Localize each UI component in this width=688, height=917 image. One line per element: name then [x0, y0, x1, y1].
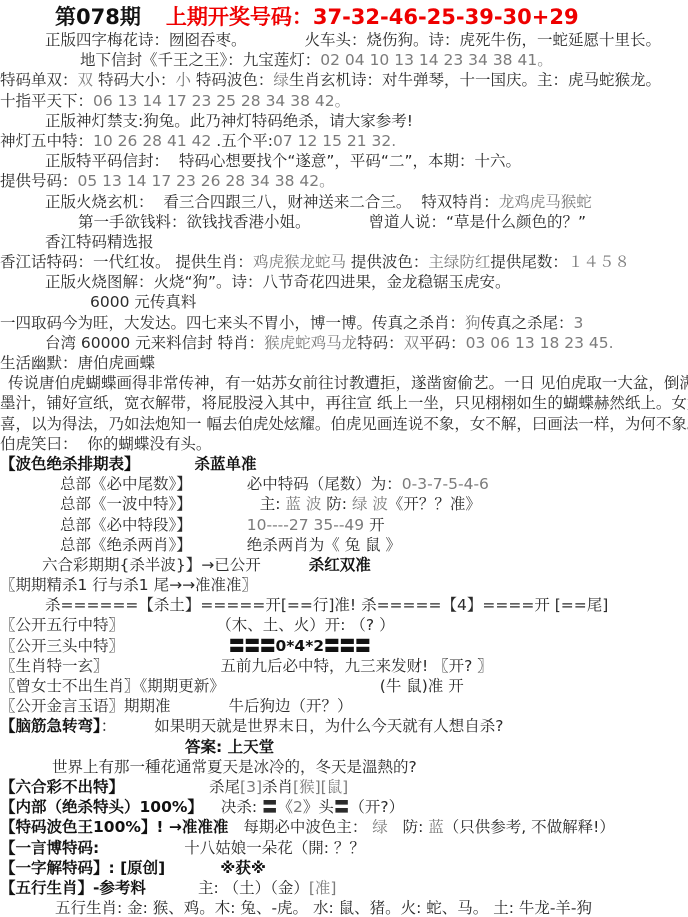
text-segment: (牛 鼠)准 开	[380, 677, 464, 695]
text-line: 【六合彩不出特】杀尾[3]杀肖[猴][鼠]	[0, 777, 688, 797]
text-segment: 〖公开五行中特〗	[0, 616, 124, 634]
text-segment: 《开？？准》	[388, 495, 481, 513]
text-segment: 正版四字梅花诗：囫囵吞枣。	[45, 31, 247, 49]
text-segment: 提供号码：	[0, 172, 78, 190]
text-segment: 第一手欲钱料：欲钱找香港小姐。	[78, 213, 311, 231]
text-segment: 0-3-7-5-4-6	[402, 475, 489, 493]
text-segment: 喜，以为得法，乃如法炮知一 幅去伯虎处炫耀。伯虎见画连说不象，女不解，曰画法一样…	[0, 415, 688, 433]
text-line: 6000 元传真料	[0, 292, 688, 312]
text-segment: 龙鸡虎马猴蛇	[499, 193, 592, 211]
text-segment: 特码大小：	[98, 71, 176, 89]
text-segment: 03 06 13 18 23 45.	[466, 334, 614, 352]
text-segment: 【一字解特码】: [原创]	[0, 859, 165, 877]
text-segment: 〖期期精杀1 行与杀1 尾→→准准准〗	[0, 576, 257, 594]
text-segment: 总部《必中特段》】	[60, 516, 192, 534]
text-line: 正版火烧玄机： 看三合四跟三八，财神送来二合三。 特双特肖：龙鸡虎马猴蛇	[0, 192, 688, 212]
text-segment: 〖公开金言玉语〗期期准	[0, 697, 171, 715]
text-segment: 总部《一波中特》】	[60, 495, 192, 513]
text-segment: 鸡虎猴龙蛇马	[253, 253, 346, 271]
text-segment: 【内部（绝杀特头）100%】	[0, 798, 203, 816]
text-segment: 神灯五中特：	[0, 132, 93, 150]
text-segment: 开	[369, 516, 385, 534]
text-line: 【特码波色王100%】! →准准准每期必中波色主： 绿 防: 蓝（只供参考, 不…	[0, 817, 688, 837]
text-segment: 双	[78, 71, 98, 89]
text-line: 十指平天下：06 13 14 17 23 25 28 34 38 42。	[0, 91, 688, 111]
text-segment: ※获※	[220, 859, 266, 877]
text-segment: （只供参考, 不做解释!）	[444, 818, 615, 836]
text-segment: 绿	[273, 71, 289, 89]
text-segment: 绿 波	[352, 495, 388, 513]
text-segment: 主: （土）（金）	[198, 879, 309, 897]
issue-number: 第078期	[55, 5, 141, 29]
text-segment: 【脑筋急转弯】	[0, 717, 101, 735]
text-line: 总部《必中尾数》】必中特码（尾数）为：0-3-7-5-4-6	[0, 474, 688, 494]
text-segment: 主:	[260, 495, 286, 513]
text-line: 【内部（绝杀特头）100%】决杀: 〓《2》头〓（开?）	[0, 797, 688, 817]
text-segment: 平码：	[419, 334, 466, 352]
text-segment: [猴][鼠]	[293, 778, 348, 796]
text-segment: 必中特码（尾数）为：	[247, 475, 402, 493]
text-segment: [3]	[240, 778, 262, 796]
text-segment: 十八姑娘一朵花（開: ？？	[184, 839, 365, 857]
text-segment: 10 26 28 41 42	[93, 132, 216, 150]
text-line: 第一手欲钱料：欲钱找香港小姐。曾道人说：“草是什么颜色的？”	[0, 212, 688, 232]
text-line: 【一言博特码:十八姑娘一朵花（開: ？？	[0, 838, 688, 858]
text-line: 〖公开金言玉语〗期期准牛后狗边（开？）	[0, 696, 688, 716]
text-line: 五行生肖: 金: 猴、鸡。木: 兔、-虎。 水: 鼠、猪。火: 蛇、马。 土: …	[0, 898, 688, 917]
text-segment: 06 13 14 17 23 25 28 34 38 42。	[93, 92, 350, 110]
text-segment: 地下信封《千王之王》：九宝莲灯：	[80, 51, 320, 69]
text-segment: 双	[404, 334, 420, 352]
text-line: 香江特码精选报	[0, 232, 688, 252]
text-segment: 〖生肖特一玄〗	[0, 657, 109, 675]
text-line: 〖公开三头中特〗〓〓〓0*4*2〓〓〓	[0, 636, 688, 656]
text-segment: 07 12 15 21 32.	[273, 132, 396, 150]
text-line: 六合彩期期{杀半波}】→已公开杀红双准	[0, 555, 688, 575]
text-line: 一四取码今为旺，大发达。四七来头不胃小，博一博。传真之杀肖：狗传真之杀尾：3	[0, 313, 688, 333]
text-line: 正版特平码信封： 特码心想要找个“遂意”，平码“二”，本期：十六。	[0, 151, 688, 171]
text-segment: 提供波色：	[346, 253, 428, 271]
text-line: 〖生肖特一玄〗五前九后必中特，九三来发财! 〖开? 〗	[0, 656, 688, 676]
issue-header: 第078期上期开奖号码：37-32-46-25-39-30+29	[0, 4, 688, 30]
text-line: 神灯五中特：10 26 28 41 42 .五个平:07 12 15 21 32…	[0, 131, 688, 151]
text-segment: 六合彩期期{杀半波}】→已公开	[42, 556, 261, 574]
text-segment: 防:	[388, 818, 428, 836]
text-line: 【波色绝杀排期表】杀蓝单准	[0, 454, 688, 474]
text-segment: 曾道人说：“草是什么颜色的？”	[369, 213, 587, 231]
text-segment: 〓〓〓0*4*2〓〓〓	[229, 637, 371, 655]
text-segment: 特码单双：	[0, 71, 78, 89]
text-segment: 杀蓝单准	[195, 455, 257, 473]
text-segment: 牛后狗边（开？）	[229, 697, 353, 715]
text-segment: 05 13 14 17 23 26 28 34 38 42。	[78, 172, 335, 190]
text-segment: 墨汁，铺好宣纸，宽衣解带，将屁股浸入其中，再往宣 纸上一坐，只见栩栩如生的蝴蝶赫…	[0, 394, 688, 412]
text-segment: 3	[574, 314, 584, 332]
text-line: 正版神灯禁支:狗兔。此乃神灯特码绝杀，请大家参考!	[0, 111, 688, 131]
text-segment: .五个平:	[216, 132, 273, 150]
text-segment: 小	[175, 71, 195, 89]
text-segment: 伯虎笑曰： 你的蝴蝶没有头。	[0, 435, 211, 453]
text-segment: ：	[101, 717, 117, 735]
text-segment: 火车头：烧伤狗。诗：虎死牛伤，一蛇延愿十里长。	[305, 31, 662, 49]
text-segment: 10----27 35--49	[247, 516, 369, 534]
text-segment: 蓝	[428, 818, 444, 836]
text-segment: 五行生肖: 金: 猴、鸡。木: 兔、-虎。 水: 鼠、猪。火: 蛇、马。 土: …	[55, 899, 592, 917]
text-line: 【一字解特码】: [原创]※获※	[0, 858, 688, 878]
text-line: 总部《必中特段》】10----27 35--49 开	[0, 515, 688, 535]
text-line: 地下信封《千王之王》：九宝莲灯：02 04 10 13 14 23 34 38 …	[0, 50, 688, 70]
text-line: 提供号码：05 13 14 17 23 26 28 34 38 42。	[0, 171, 688, 191]
text-segment: 正版神灯禁支:狗兔。此乃神灯特码绝杀，请大家参考!	[45, 112, 413, 130]
text-line: 传说唐伯虎蝴蝶画得非常传神，有一姑苏女前往讨教遭拒，遂凿窗偷艺。一日 见伯虎取一…	[0, 373, 688, 393]
text-segment: 【波色绝杀排期表】	[0, 455, 140, 473]
text-line: 〖曾女士不出生肖〗《期期更新》(牛 鼠)准 开	[0, 676, 688, 696]
text-line: 总部《一波中特》】主: 蓝 波 防: 绿 波《开？？准》	[0, 494, 688, 514]
text-line: 〖公开五行中特〗（木、土、火）开: （? ）	[0, 615, 688, 635]
last-draw-numbers: 上期开奖号码：37-32-46-25-39-30+29	[166, 5, 579, 29]
text-line: 正版火烧图解：火烧“狗”。诗：八节奇花四进果，金龙稳锯玉虎安。	[0, 272, 688, 292]
text-segment: 【五行生肖】-参考料	[0, 879, 146, 897]
text-segment: 传真之杀尾：	[481, 314, 574, 332]
text-line: 【五行生肖】-参考料主: （土）（金）[准]	[0, 878, 688, 898]
text-segment: 蓝 波	[285, 495, 326, 513]
text-segment: 02 04 10 13 14 23 34 38 41。	[320, 51, 552, 69]
text-segment: 香江话特码：一代红妆。 提供生肖：	[0, 253, 253, 271]
text-segment: 杀红双准	[309, 556, 371, 574]
text-segment: 答案: 上天堂	[185, 738, 274, 756]
text-segment: 防:	[326, 495, 352, 513]
text-segment: 【一言博特码:	[0, 839, 99, 857]
text-line: 世界上有那一種花通常夏天是冰冷的，冬天是溫熱的?	[0, 757, 688, 777]
text-segment: 特码：	[357, 334, 404, 352]
text-segment: 台湾 60000 元来料信封 特肖：	[45, 334, 264, 352]
text-segment: 每期必中波色主：	[243, 818, 372, 836]
text-line: 〖期期精杀1 行与杀1 尾→→准准准〗	[0, 575, 688, 595]
text-segment: 主绿防红	[428, 253, 490, 271]
text-segment: 总部《必中尾数》】	[60, 475, 192, 493]
text-segment: 绝杀两肖为《 兔 鼠 》	[247, 536, 401, 554]
text-segment: 【特码波色王100%】! →准准准	[0, 818, 228, 836]
text-line: 杀======【杀土】=====开[==行]准! 杀=====【4】====开 …	[0, 595, 688, 615]
text-line: 台湾 60000 元来料信封 特肖：猴虎蛇鸡马龙特码：双平码：03 06 13 …	[0, 333, 688, 353]
text-segment: 正版特平码信封： 特码心想要找个“遂意”，平码“二”，本期：十六。	[45, 152, 521, 170]
text-segment: 决杀: 〓《	[221, 798, 293, 816]
text-line: 答案: 上天堂	[0, 737, 688, 757]
text-segment: 香江特码精选报	[45, 233, 154, 251]
text-segment: 狗	[465, 314, 481, 332]
text-segment: 绿	[372, 818, 388, 836]
text-segment: 世界上有那一種花通常夏天是冰冷的，冬天是溫熱的?	[52, 758, 417, 776]
text-segment: 【六合彩不出特】	[0, 778, 124, 796]
text-segment: 传说唐伯虎蝴蝶画得非常传神，有一姑苏女前往讨教遭拒，遂凿窗偷艺。一日 见伯虎取一…	[8, 374, 688, 392]
text-line: 墨汁，铺好宣纸，宽衣解带，将屁股浸入其中，再往宣 纸上一坐，只见栩栩如生的蝴蝶赫…	[0, 393, 688, 413]
text-segment: １４５８	[568, 253, 630, 271]
text-line: 特码单双：双 特码大小：小 特码波色：绿生肖玄机诗：对牛弹琴，十一国庆。主：虎马…	[0, 70, 688, 90]
text-segment: 特码波色：	[196, 71, 274, 89]
text-segment: 生活幽默：唐伯虎画蝶	[0, 354, 155, 372]
text-segment: 总部《绝杀两肖》】	[60, 536, 192, 554]
text-segment: 提供尾数：	[490, 253, 568, 271]
text-line: 正版四字梅花诗：囫囵吞枣。火车头：烧伤狗。诗：虎死牛伤，一蛇延愿十里长。	[0, 30, 688, 50]
text-line: 喜，以为得法，乃如法炮知一 幅去伯虎处炫耀。伯虎见画连说不象，女不解，曰画法一样…	[0, 414, 688, 434]
text-segment: 杀尾	[209, 778, 240, 796]
text-segment: 2	[293, 798, 303, 816]
lottery-tip-sheet: 第078期上期开奖号码：37-32-46-25-39-30+29正版四字梅花诗：…	[0, 0, 688, 917]
text-segment: 五前九后必中特，九三来发财! 〖开? 〗	[221, 657, 493, 675]
text-line: 【脑筋急转弯】：如果明天就是世界末日，为什么今天就有人想自杀?	[0, 716, 688, 736]
text-line: 总部《绝杀两肖》】绝杀两肖为《 兔 鼠 》	[0, 535, 688, 555]
text-line: 生活幽默：唐伯虎画蝶	[0, 353, 688, 373]
text-segment: [准]	[309, 879, 337, 897]
text-segment: 正版火烧玄机： 看三合四跟三八，财神送来二合三。 特双特肖：	[45, 193, 499, 211]
text-segment: 如果明天就是世界末日，为什么今天就有人想自杀?	[154, 717, 503, 735]
text-segment: 6000 元传真料	[90, 293, 196, 311]
text-segment: 〖曾女士不出生肖〗《期期更新》	[0, 677, 225, 695]
text-segment: 〖公开三头中特〗	[0, 637, 124, 655]
text-segment: 杀======【杀土】=====开[==行]准! 杀=====【4】====开 …	[45, 596, 608, 614]
text-segment: 》头〓（开?）	[303, 798, 404, 816]
text-segment: 猴虎蛇鸡马龙	[264, 334, 357, 352]
text-segment: 一四取码今为旺，大发达。四七来头不胃小，博一博。传真之杀肖：	[0, 314, 465, 332]
text-segment: 十指平天下：	[0, 92, 93, 110]
text-segment: 杀肖	[262, 778, 293, 796]
text-segment: 生肖玄机诗：对牛弹琴，十一国庆。主：虎马蛇猴龙。	[289, 71, 661, 89]
text-segment: （木、土、火）开: （? ）	[224, 616, 395, 634]
text-line: 香江话特码：一代红妆。 提供生肖：鸡虎猴龙蛇马 提供波色：主绿防红提供尾数：１４…	[0, 252, 688, 272]
text-line: 伯虎笑曰： 你的蝴蝶没有头。	[0, 434, 688, 454]
text-segment: 正版火烧图解：火烧“狗”。诗：八节奇花四进果，金龙稳锯玉虎安。	[45, 273, 511, 291]
